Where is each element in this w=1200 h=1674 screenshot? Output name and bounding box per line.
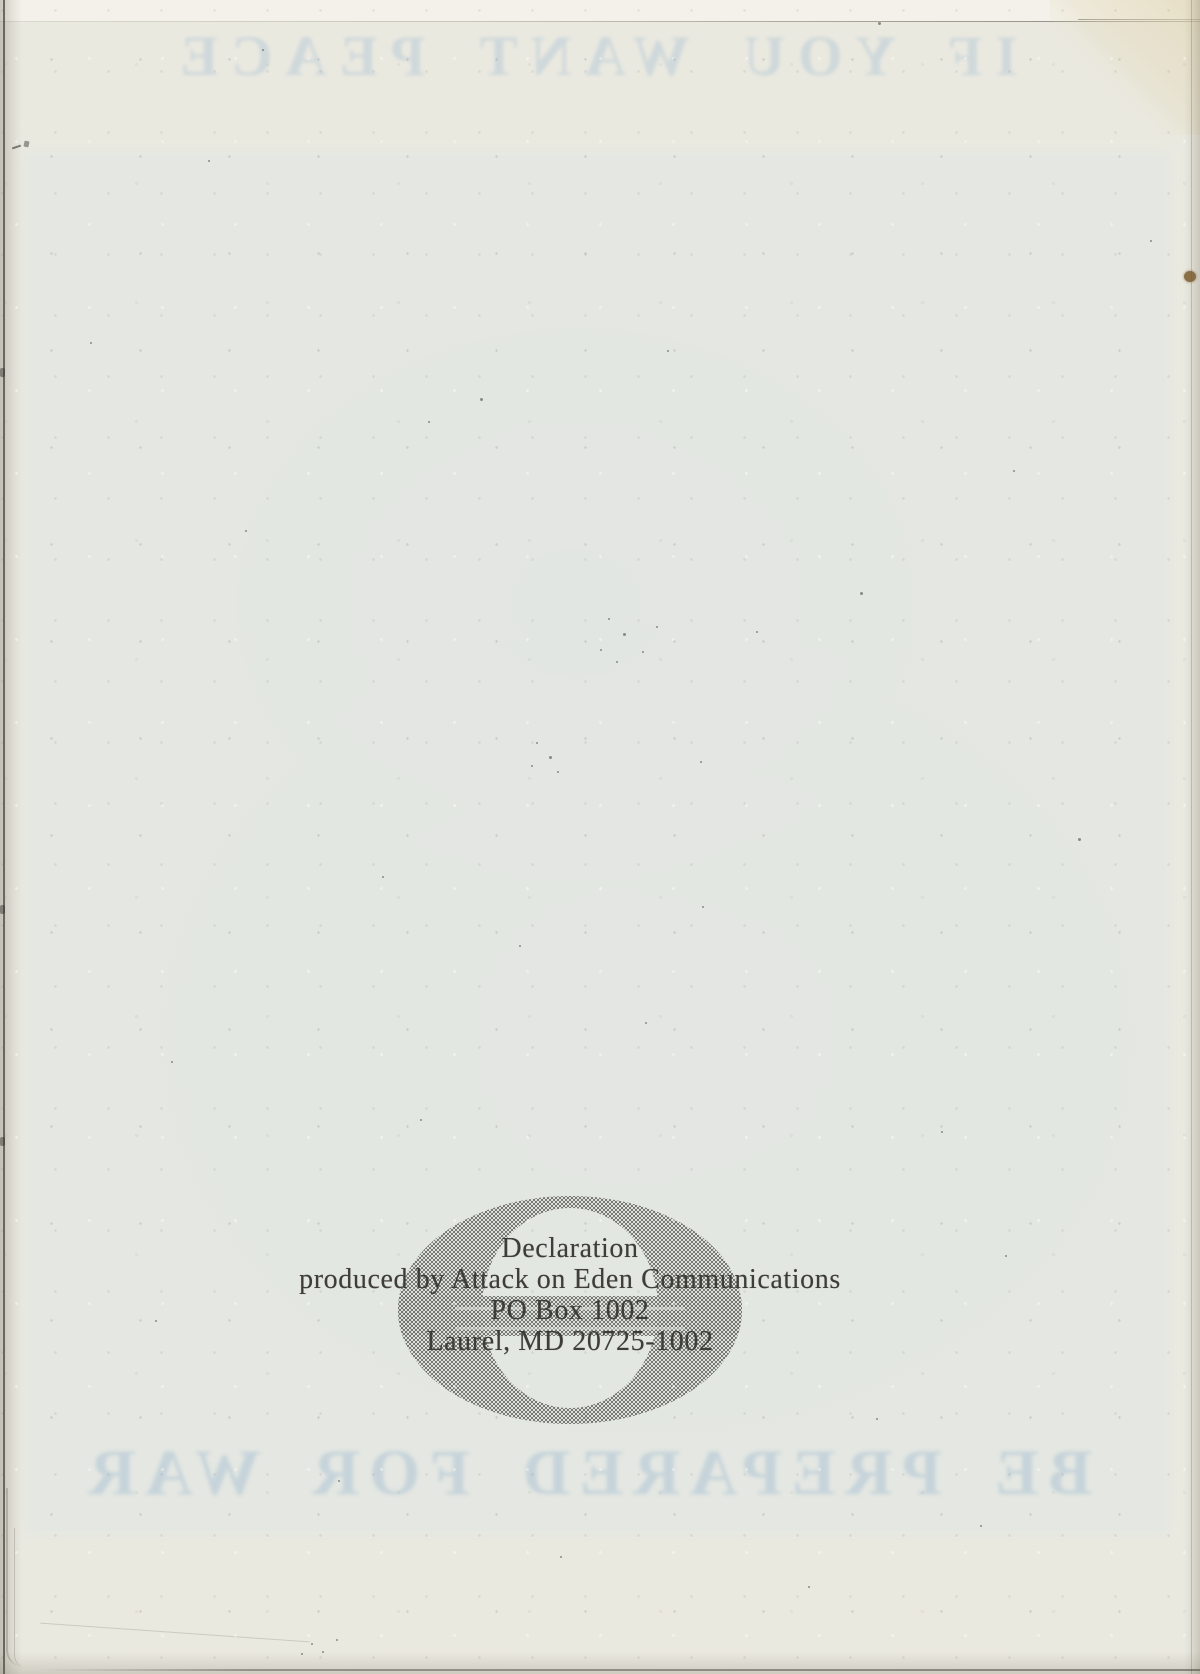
paper-speck xyxy=(336,1639,338,1641)
paper-speck xyxy=(301,1653,303,1655)
paper-speck xyxy=(311,1643,313,1645)
publisher-stamp: Declaration produced by Attack on Eden C… xyxy=(100,1233,1040,1357)
paper-speck xyxy=(700,761,702,763)
showthrough-title-top: IF YOU WANT PEACE xyxy=(140,24,1045,89)
paper-speck xyxy=(155,1320,157,1322)
paper-speck xyxy=(171,1061,173,1063)
paper-speck xyxy=(90,342,92,344)
paper-speck xyxy=(623,633,626,636)
stamp-produced-by: produced by Attack on Eden Communication… xyxy=(100,1264,1040,1295)
pencil-mark xyxy=(23,141,29,148)
paper-speck xyxy=(322,1651,324,1653)
right-edge-crease xyxy=(1191,0,1192,1674)
paper-speck xyxy=(480,398,483,401)
paper-speck xyxy=(600,649,602,651)
paper-speck xyxy=(560,1556,562,1558)
horizontal-crease xyxy=(0,21,1200,22)
paper-speck xyxy=(1005,1255,1007,1257)
binding-mark xyxy=(0,1137,5,1146)
binding-mark xyxy=(0,905,5,914)
paper-speck xyxy=(645,1022,647,1024)
paper-speck xyxy=(608,618,610,620)
page-stack-curl xyxy=(14,1528,27,1668)
paper-speck xyxy=(808,1586,810,1588)
top-fold-strip xyxy=(0,0,1200,21)
bottom-left-crease xyxy=(40,1623,309,1643)
tanned-corner xyxy=(1050,0,1200,135)
binding-mark xyxy=(0,368,5,377)
paper-speck xyxy=(262,49,264,51)
paper-speck xyxy=(208,160,210,162)
paper-speck xyxy=(980,1525,982,1527)
paper-speck xyxy=(941,1131,943,1133)
paper-speck xyxy=(1013,470,1015,472)
stamp-po-box: PO Box 1002 xyxy=(100,1295,1040,1326)
right-edge-shadow xyxy=(1184,0,1200,1674)
paper-speck xyxy=(536,742,538,744)
paper-speck xyxy=(860,592,863,595)
paper-speck xyxy=(702,906,704,908)
paper-speck xyxy=(1150,240,1152,242)
paper-speck xyxy=(519,945,521,947)
paper-speck xyxy=(756,631,758,633)
stamp-title: Declaration xyxy=(100,1233,1040,1264)
paper-speck xyxy=(656,626,658,628)
paper-speck xyxy=(642,651,644,653)
paper-speck xyxy=(667,350,669,352)
paper-speck xyxy=(420,1119,422,1121)
bottom-page-edge xyxy=(40,1669,1200,1671)
scanned-page-back-cover: IF YOU WANT PEACE BE PREPARED FOR WAR De… xyxy=(0,0,1200,1674)
paper-speck xyxy=(878,22,881,25)
paper-speck xyxy=(876,1418,878,1420)
stamp-city-zip: Laurel, MD 20725-1002 xyxy=(100,1326,1040,1357)
paper-speck xyxy=(531,765,533,767)
rust-stain xyxy=(1184,271,1196,282)
paper-speck xyxy=(428,421,430,423)
left-page-edge xyxy=(3,0,5,1674)
paper-speck xyxy=(616,661,618,663)
paper-speck xyxy=(338,1480,340,1482)
paper-speck xyxy=(557,771,559,773)
paper-speck xyxy=(1078,838,1081,841)
paper-speck xyxy=(245,530,247,532)
paper-speck xyxy=(549,756,552,759)
paper-speck xyxy=(382,876,384,878)
showthrough-title-bottom: BE PREPARED FOR WAR xyxy=(108,1436,1092,1511)
